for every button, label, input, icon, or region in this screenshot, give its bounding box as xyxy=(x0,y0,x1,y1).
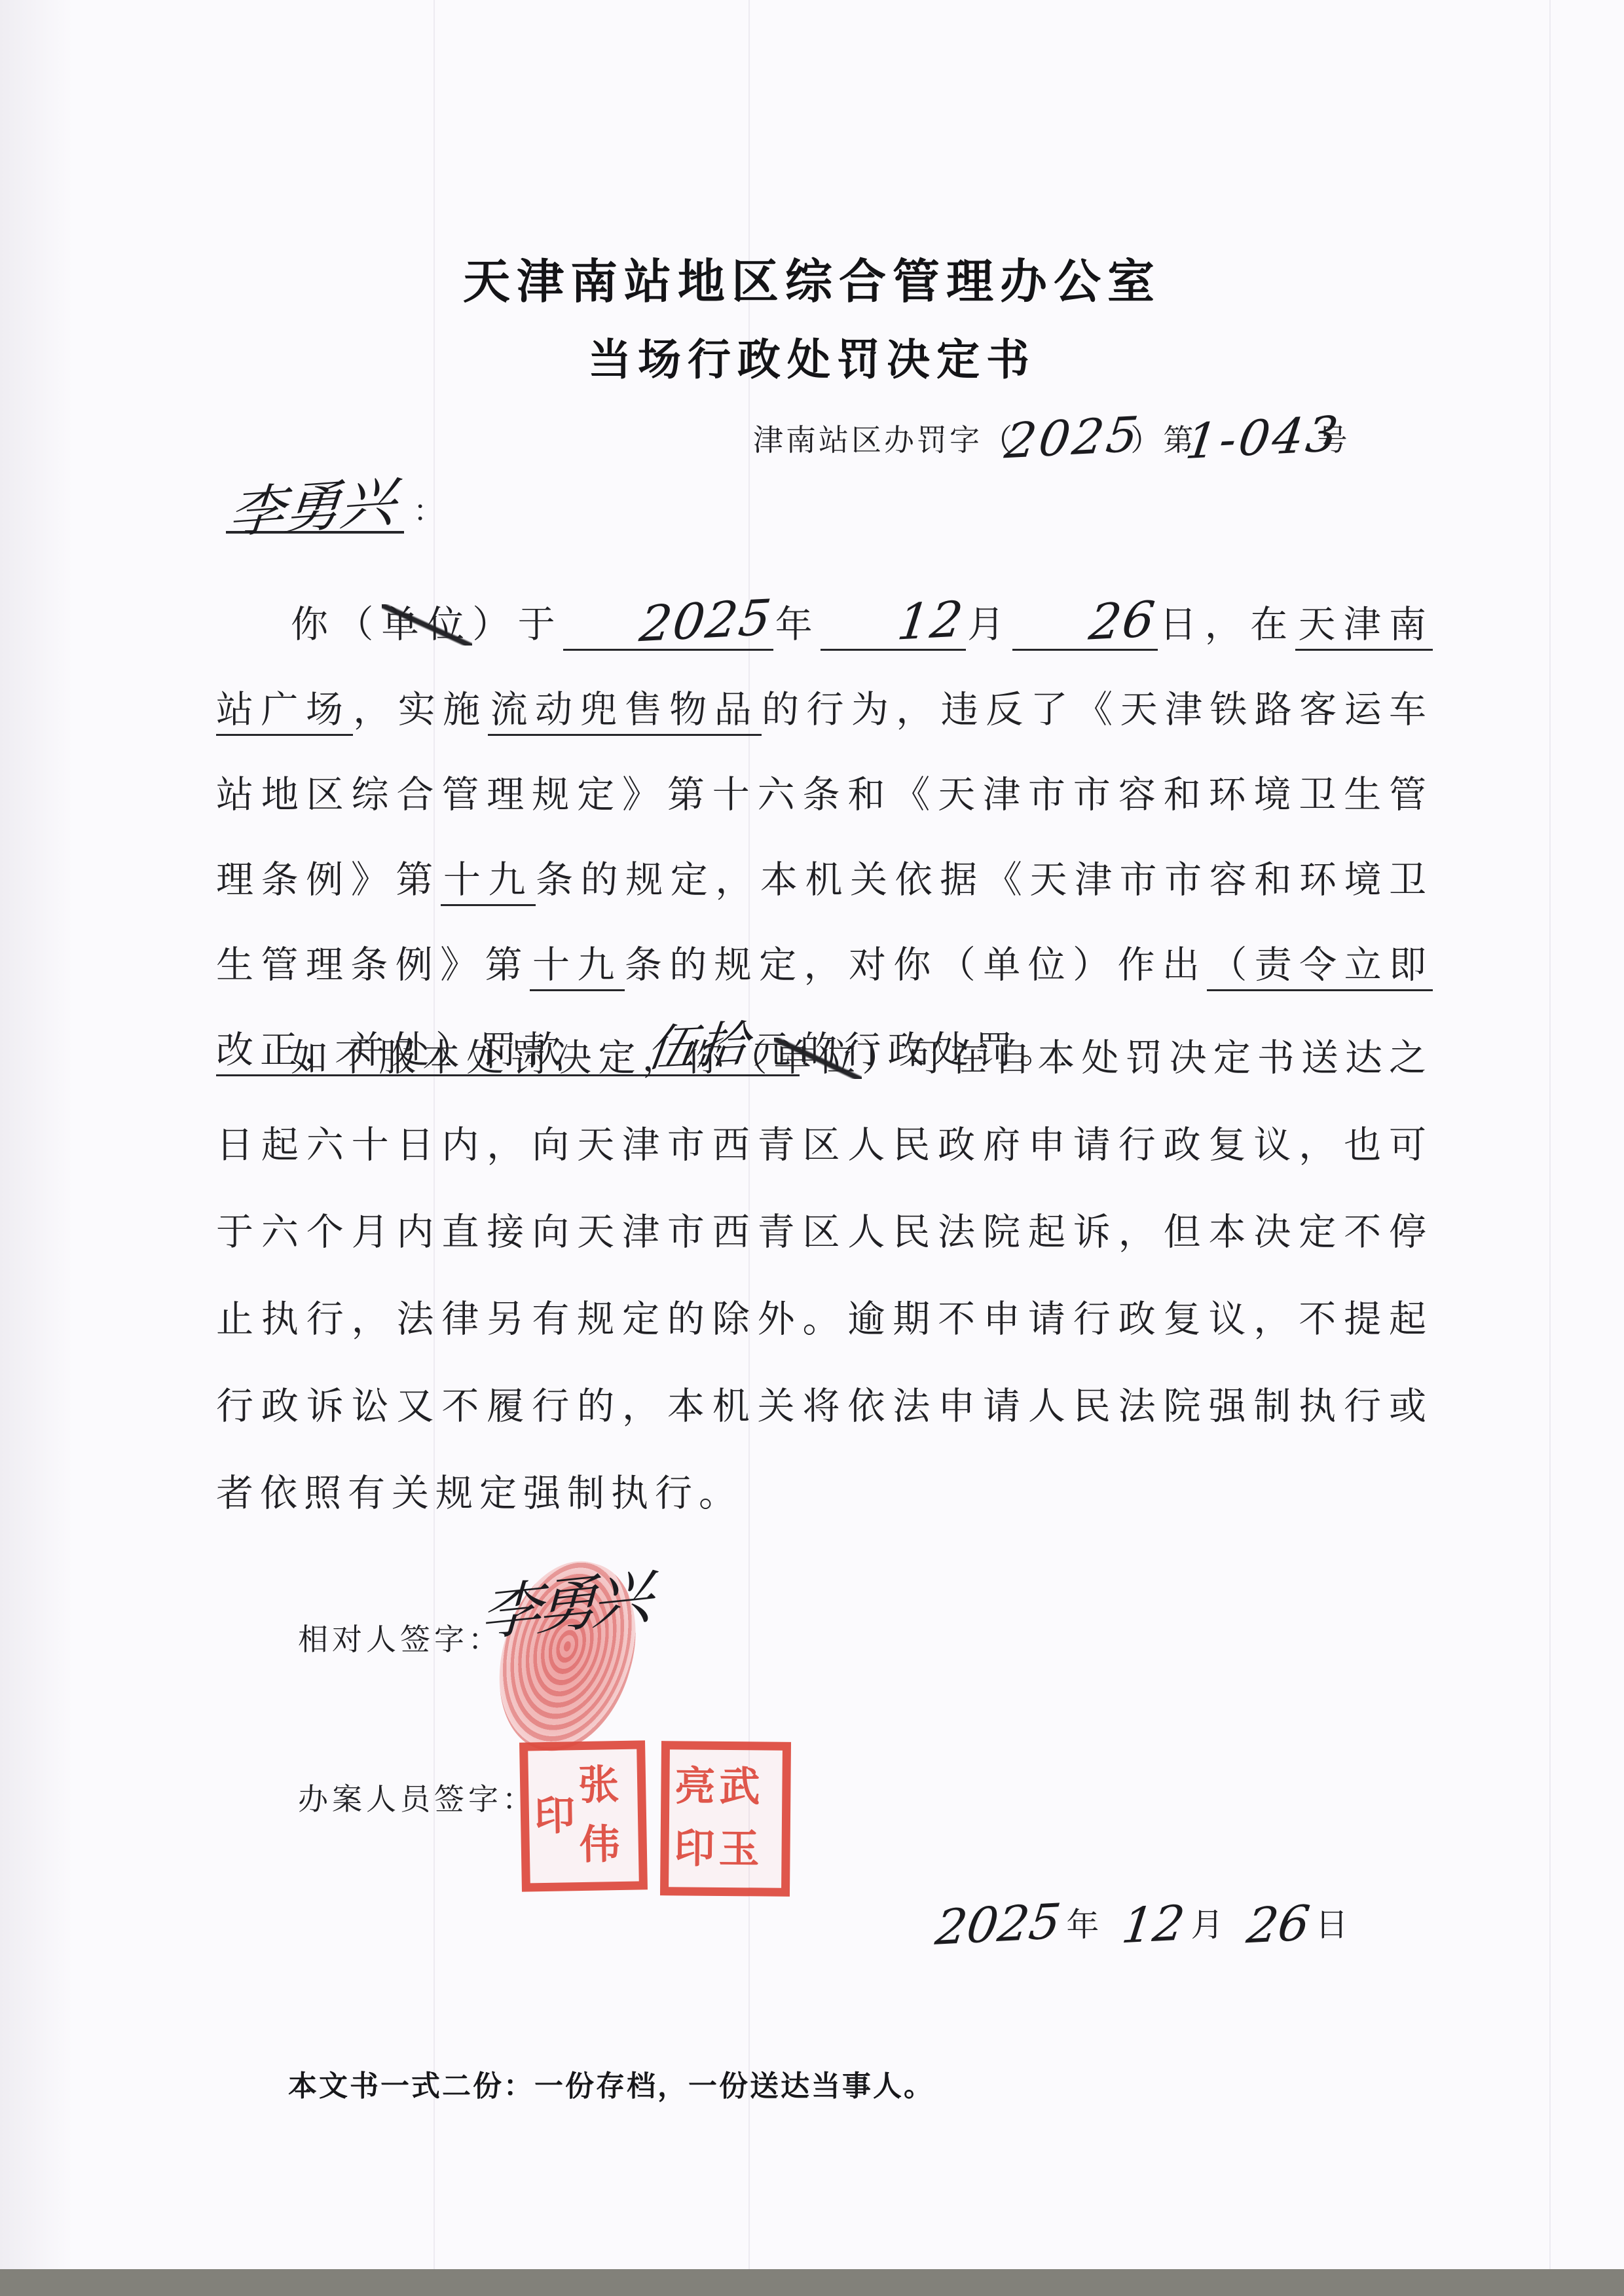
seal-char: 印 xyxy=(674,1827,715,1872)
scanned-penalty-decision-document: 天津南站地区综合管理办公室 当场行政处罚决定书 津南站区办罚字（2025）第1-… xyxy=(0,0,1624,2296)
copies-note-footer: 本文书一式二份：一份存档，一份送达当事人。 xyxy=(288,2062,934,2104)
date-year-handwritten: 2025 xyxy=(934,1903,1063,1948)
text-segment-plain: 条的规定，对你（单位）作出 xyxy=(625,945,1208,986)
text-segment-hw-fill: 2025 xyxy=(563,604,773,651)
seal-char: 亮 xyxy=(674,1765,716,1810)
addressee-name-handwritten: 李勇兴 xyxy=(227,480,397,536)
officer-signature-label: 办案人员签字： xyxy=(298,1776,536,1819)
seal-char: 伟 xyxy=(579,1823,620,1868)
text-segment-hw-fill: 26 xyxy=(1012,604,1158,651)
text-segment-plain: 你（ xyxy=(291,604,382,646)
party-signature-handwritten: 李勇兴 xyxy=(481,1571,646,1641)
text-segment-strike: 单位 xyxy=(774,1038,862,1079)
officer-seal-stamps: 印 张 伟 亮 印 武 玉 xyxy=(521,1741,790,1896)
seal-stamp-zhangwei: 印 张 伟 xyxy=(519,1740,648,1891)
text-segment-plain: 日，在 xyxy=(1158,604,1295,646)
date-month-label: 月 xyxy=(1191,1906,1224,1943)
seal-char: 印 xyxy=(534,1794,575,1839)
doc-number-serial-handwritten: 1-043 xyxy=(1184,415,1342,462)
decision-date-line: 2025年12月26日 xyxy=(936,1899,1348,1946)
party-signature-label: 相对人签字： xyxy=(298,1616,502,1659)
seal-char: 玉 xyxy=(718,1827,760,1872)
text-segment-strike: 单位 xyxy=(382,604,473,646)
doc-number-year-handwritten: 2025 xyxy=(1003,416,1143,462)
document-type-title: 当场行政处罚决定书 xyxy=(0,325,1624,387)
date-day-handwritten: 26 xyxy=(1244,1904,1311,1946)
scanner-background-band xyxy=(0,2269,1624,2296)
doc-number-prefix: 津南站区办罚字（ xyxy=(753,424,1015,457)
seal-char: 武 xyxy=(719,1765,760,1810)
text-segment-hw-fill: 12 xyxy=(821,604,966,651)
text-segment-plain: 如不服本处罚决定，你（ xyxy=(291,1038,774,1079)
seal-char: 张 xyxy=(578,1763,619,1808)
date-month-handwritten: 12 xyxy=(1120,1904,1187,1946)
appeal-rights-paragraph: 如不服本处罚决定，你（单位）可在自本处罚决定书送达之日起六十日内，向天津市西青区… xyxy=(216,1015,1433,1537)
addressee-name-blank: 李勇兴 xyxy=(226,486,404,534)
text-segment-plain: 月 xyxy=(966,604,1013,646)
issuing-office-title: 天津南站地区综合管理办公室 xyxy=(0,244,1624,312)
date-day-label: 日 xyxy=(1316,1906,1348,1943)
addressee-colon: ： xyxy=(413,494,443,528)
text-segment-plain: ）于 xyxy=(472,604,563,646)
text-segment-plain: ）可在自本处罚决定书送达之日起六十日内，向天津市西青区人民政府申请行政复议，也可… xyxy=(216,1038,1433,1514)
addressee-line: 李勇兴： xyxy=(226,486,443,534)
seal-stamp-wuyuliang: 亮 印 武 玉 xyxy=(660,1741,791,1897)
text-segment-fill: 十九 xyxy=(530,945,625,991)
date-year-label: 年 xyxy=(1066,1906,1099,1943)
text-segment-fill: 十九 xyxy=(441,860,536,906)
text-segment-plain: ，实施 xyxy=(353,689,487,731)
document-number-line: 津南站区办罚字（2025）第1-043号 xyxy=(753,416,1473,460)
text-segment-plain: 年 xyxy=(773,604,821,646)
text-segment-fill: 流动兜售物品 xyxy=(488,689,762,736)
